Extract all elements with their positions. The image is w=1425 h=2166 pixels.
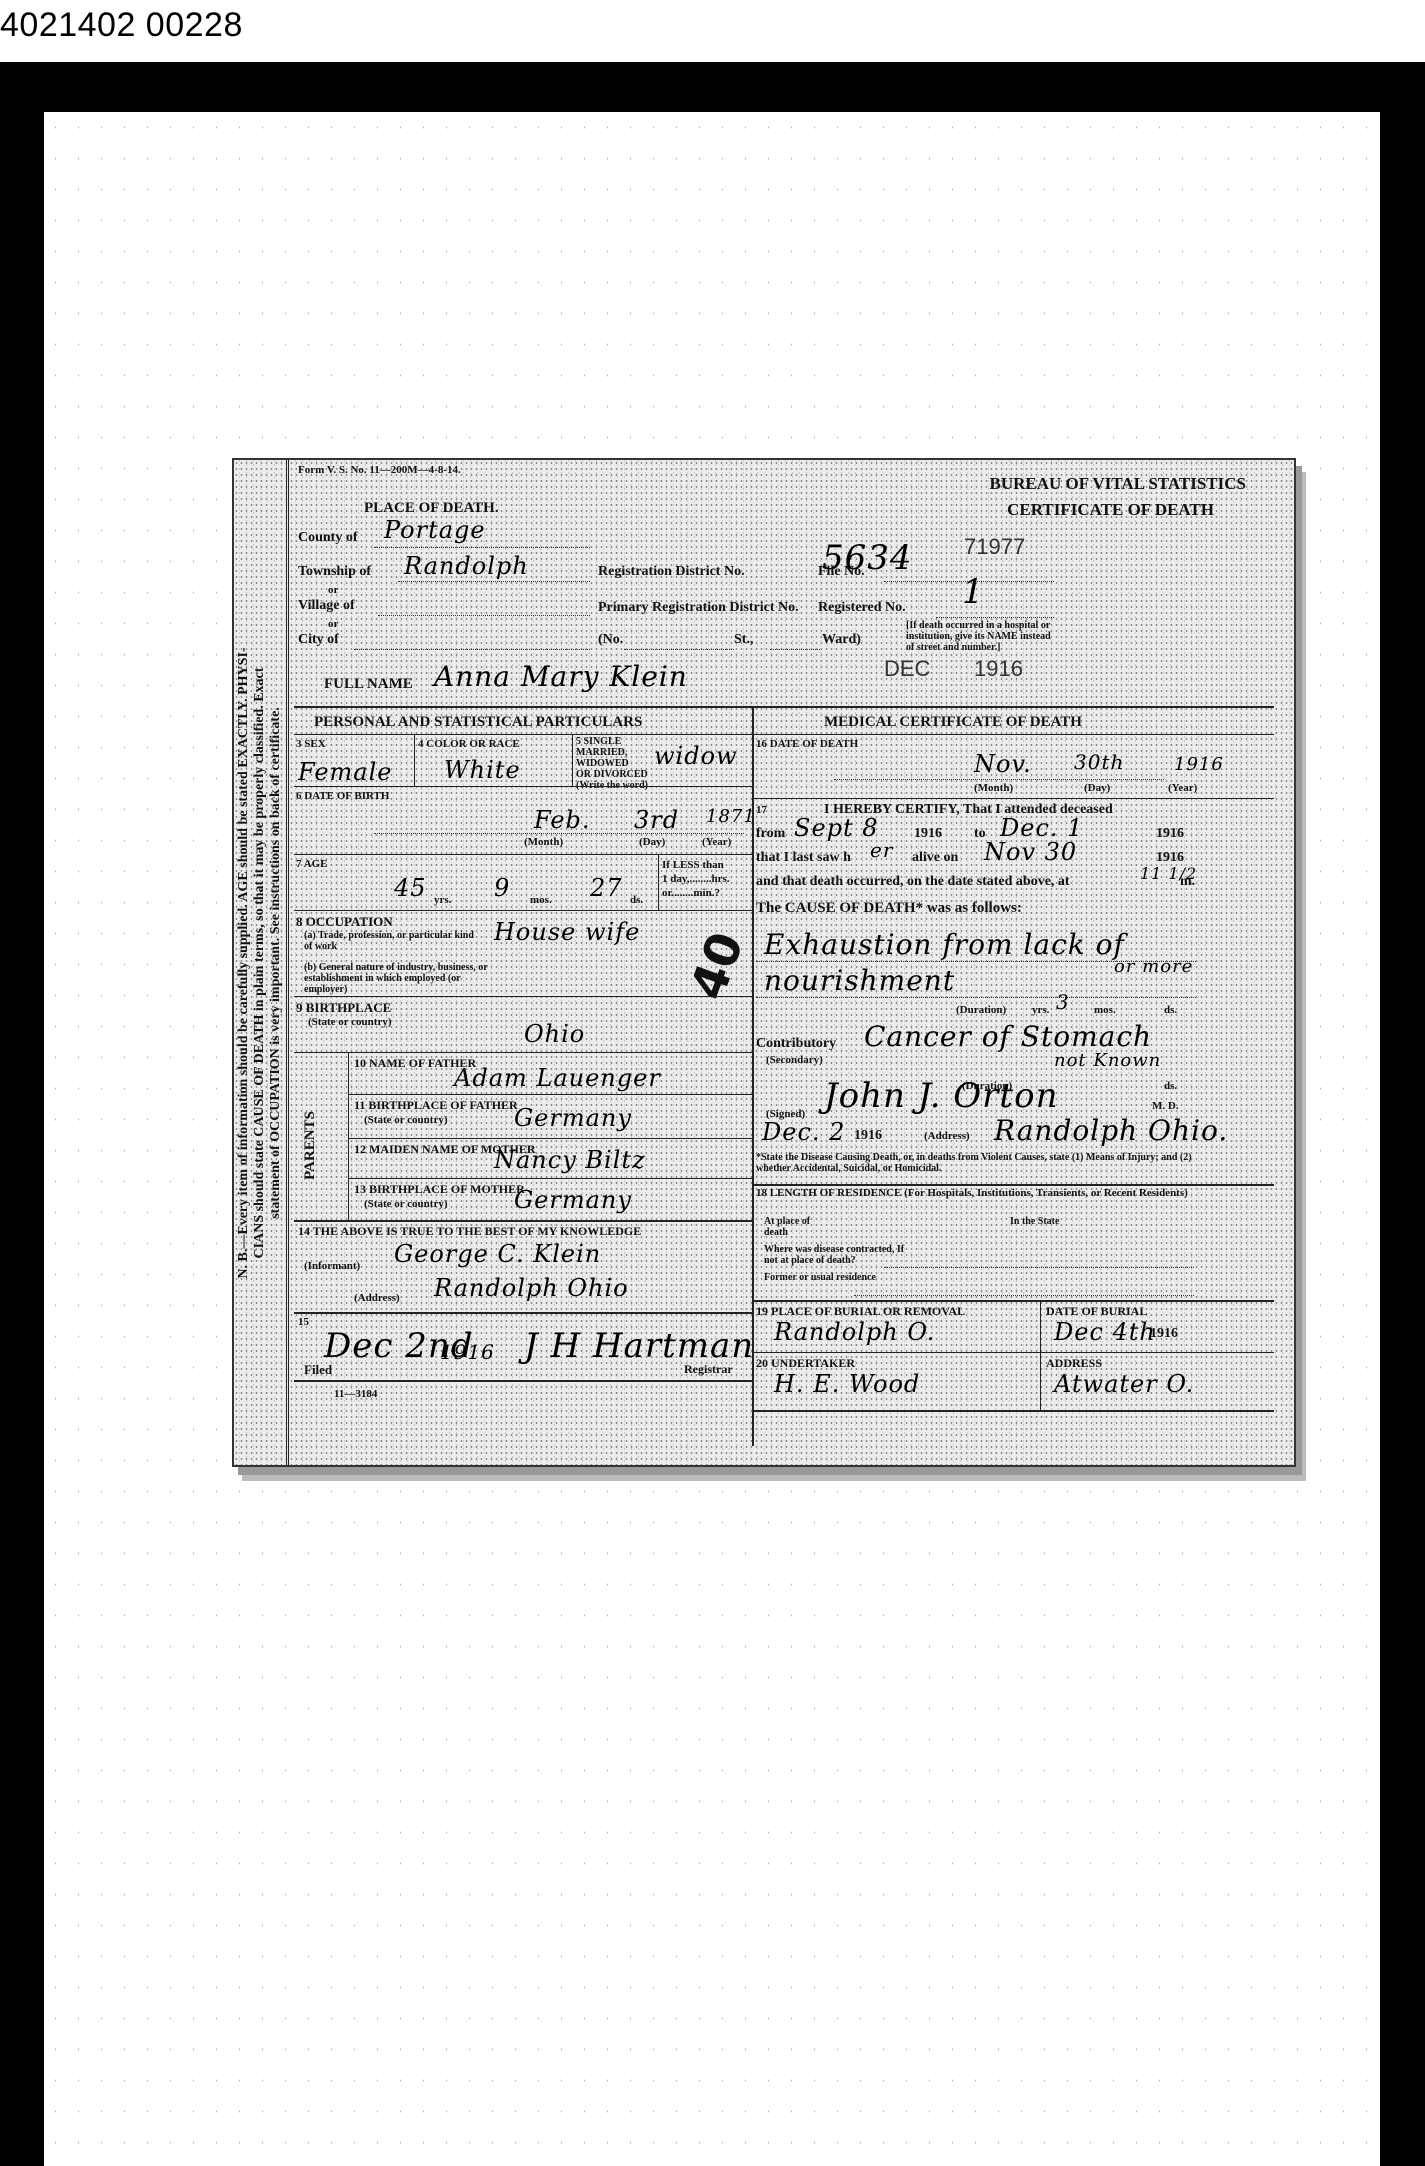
- where-contracted-label: Where was disease contracted, If not at …: [764, 1244, 914, 1266]
- registered-no-value: 1: [962, 572, 985, 612]
- race-value: White: [444, 756, 521, 784]
- ward-label: Ward): [822, 632, 861, 648]
- city-label: City of: [298, 632, 339, 648]
- side-note-line: N. B.—Every item of information should b…: [236, 493, 252, 1433]
- undertaker-label: 20 UNDERTAKER: [756, 1356, 855, 1371]
- mother-birthplace-value: Germany: [514, 1186, 632, 1214]
- parents-label: PARENTS: [302, 1111, 319, 1180]
- certify-number: 17: [756, 804, 767, 816]
- md-label: M. D.: [1152, 1100, 1179, 1112]
- form-number: Form V. S. No. 11—200M—4-8-14.: [298, 464, 461, 476]
- dod-month-caption: (Month): [974, 782, 1013, 794]
- dob-year: 1871: [706, 806, 756, 827]
- county-label: County of: [298, 530, 358, 546]
- marital-value: widow: [654, 742, 738, 770]
- sex-value: Female: [298, 758, 393, 786]
- township-value: Randolph: [404, 552, 529, 580]
- year-caption: (Year): [702, 836, 731, 848]
- less-than-day-note: If LESS than1 day,........hrs.or........…: [662, 858, 730, 900]
- father-birthplace-value: Germany: [514, 1104, 632, 1132]
- stamp-month: DEC: [884, 656, 930, 682]
- death-occurred-text: and that death occurred, on the date sta…: [756, 874, 1070, 890]
- or-label: or: [328, 618, 338, 630]
- residence-label: 18 LENGTH OF RESIDENCE (For Hospitals, I…: [756, 1188, 1196, 1199]
- date-of-death-day: 30th: [1074, 750, 1124, 774]
- duration-note: or more: [1114, 956, 1193, 977]
- marital-label: 5 SINGLEMARRIED,WIDOWEDOR DIVORCED(Write…: [576, 736, 648, 791]
- duration-value: 3: [1056, 990, 1070, 1014]
- physician-signature: John J. Orton: [824, 1076, 1058, 1116]
- ds-label: ds.: [630, 894, 643, 906]
- death-certificate: N. B.—Every item of information should b…: [232, 458, 1296, 1467]
- race-label: 4 COLOR OR RACE: [418, 738, 520, 750]
- informant-address-value: Randolph Ohio: [434, 1274, 629, 1302]
- personal-section-title: PERSONAL AND STATISTICAL PARTICULARS: [314, 714, 642, 731]
- dob-month: Feb.: [534, 806, 591, 834]
- hospital-note: [If death occurred in a hospital or inst…: [906, 620, 1056, 653]
- file-no-value: 71977: [964, 534, 1025, 560]
- sex-label: 3 SEX: [296, 738, 326, 750]
- medical-section-title: MEDICAL CERTIFICATE OF DEATH: [824, 714, 1082, 731]
- father-birthplace-sub: (State or country): [364, 1114, 448, 1126]
- contributory-ds: ds.: [1164, 1080, 1177, 1092]
- place-of-death-title: PLACE OF DEATH.: [364, 500, 499, 517]
- or-label: or: [328, 584, 338, 596]
- informant-label: (Informant): [304, 1260, 360, 1272]
- street-label: (No.: [598, 632, 623, 648]
- birthplace-value: Ohio: [524, 1020, 585, 1048]
- yrs-label: yrs.: [434, 894, 451, 906]
- occupation-b-label: (b) General nature of industry, business…: [304, 962, 504, 995]
- age-months: 9: [494, 874, 510, 902]
- stamp-year: 1916: [974, 656, 1023, 682]
- bureau-title: BUREAU OF VITAL STATISTICS: [990, 474, 1247, 494]
- birthplace-sub-label: (State or country): [308, 1016, 392, 1028]
- occupation-label: 8 OCCUPATION: [296, 914, 393, 930]
- age-years: 45: [394, 874, 427, 902]
- father-value: Adam Lauenger: [454, 1064, 661, 1092]
- filed-year: 1916: [440, 1340, 495, 1364]
- registrar-signature: J H Hartman: [524, 1326, 754, 1366]
- attended-from-year: 1916: [914, 826, 942, 842]
- duration-yrs: yrs.: [1032, 1004, 1049, 1016]
- registration-district-label: Registration District No.: [598, 564, 745, 580]
- dob-day: 3rd: [634, 806, 679, 834]
- registrar-label: Registrar: [684, 1362, 733, 1377]
- birthplace-label: 9 BIRTHPLACE: [296, 1000, 391, 1016]
- burial-date-label: DATE OF BURIAL: [1046, 1304, 1147, 1319]
- street-suffix-label: St.,: [734, 632, 753, 648]
- at-place-label: At place of death: [764, 1216, 834, 1238]
- in-state-label: In the State: [1010, 1216, 1070, 1227]
- side-instructions: N. B.—Every item of information should b…: [234, 460, 289, 1465]
- burial-date-value: Dec 4th: [1054, 1318, 1156, 1346]
- duration-mos: mos.: [1094, 1004, 1116, 1016]
- month-caption: (Month): [524, 836, 563, 848]
- secondary-label: (Secondary): [766, 1054, 823, 1066]
- filed-number: 15: [298, 1316, 309, 1328]
- mother-value: Nancy Biltz: [494, 1146, 646, 1174]
- date-of-death-label: 16 DATE OF DEATH: [756, 738, 858, 750]
- signed-year: 1916: [854, 1128, 882, 1144]
- form-body: Form V. S. No. 11—200M—4-8-14. BUREAU OF…: [294, 460, 1294, 1465]
- cause-of-death-line1: Exhaustion from lack of: [764, 928, 1125, 961]
- burial-place-label: 19 PLACE OF BURIAL OR REMOVAL: [756, 1304, 965, 1319]
- day-caption: (Day): [639, 836, 665, 848]
- alive-on-label: alive on: [912, 850, 958, 866]
- informant-value: George C. Klein: [394, 1240, 601, 1268]
- alive-on-date: Nov 30: [984, 838, 1077, 866]
- burial-year: 1916: [1150, 1326, 1178, 1342]
- knowledge-statement: 14 THE ABOVE IS TRUE TO THE BEST OF MY K…: [298, 1224, 641, 1239]
- dod-year-caption: (Year): [1168, 782, 1197, 794]
- date-of-death-month: Nov.: [974, 750, 1032, 778]
- mother-birthplace-sub: (State or country): [364, 1198, 448, 1210]
- undertaker-address-value: Atwater O.: [1054, 1370, 1194, 1398]
- contributory-value: Cancer of Stomach: [864, 1020, 1152, 1053]
- cause-of-death-label: The CAUSE OF DEATH* was as follows:: [756, 900, 1022, 917]
- contributory-label: Contributory: [756, 1036, 836, 1052]
- mother-birthplace-label: 13 BIRTHPLACE OF MOTHER: [354, 1182, 525, 1197]
- death-time-suffix: m.: [1180, 874, 1195, 890]
- from-label: from: [756, 826, 785, 842]
- primary-registration-label: Primary Registration District No.: [598, 600, 799, 616]
- side-note-line: statement of OCCUPATION is very importan…: [268, 493, 284, 1433]
- file-no-label: File No.: [818, 564, 865, 580]
- attended-from: Sept 8: [794, 814, 879, 842]
- mos-label: mos.: [530, 894, 552, 906]
- last-saw-pronoun: er: [870, 838, 893, 862]
- physician-address-value: Randolph Ohio.: [994, 1114, 1228, 1147]
- last-saw-label: that I last saw h: [756, 850, 851, 866]
- dod-day-caption: (Day): [1084, 782, 1110, 794]
- former-residence-label: Former or usual residence: [764, 1272, 884, 1283]
- signed-date: Dec. 2: [762, 1118, 845, 1146]
- occupation-a-label: (a) Trade, profession, or particular kin…: [304, 930, 474, 952]
- burial-place-value: Randolph O.: [774, 1318, 935, 1346]
- occupation-value: House wife: [494, 918, 640, 946]
- date-of-death-year: 1916: [1174, 754, 1224, 775]
- side-note-line: CIANS should state CAUSE OF DEATH in pla…: [252, 493, 268, 1433]
- physician-address-label: (Address): [924, 1130, 970, 1142]
- form-footer-code: 11—3184: [334, 1388, 377, 1400]
- county-value: Portage: [384, 516, 486, 544]
- certificate-title: CERTIFICATE OF DEATH: [1007, 500, 1214, 520]
- undertaker-value: H. E. Wood: [774, 1370, 920, 1398]
- cause-of-death-line2: nourishment: [764, 964, 955, 997]
- full-name-label: FULL NAME: [324, 676, 413, 693]
- informant-address-label: (Address): [354, 1292, 400, 1304]
- age-label: 7 AGE: [296, 858, 327, 870]
- occupation-code-mark: 40: [680, 925, 755, 1007]
- township-label: Township of: [298, 564, 371, 580]
- full-name-value: Anna Mary Klein: [434, 660, 688, 693]
- dob-label: 6 DATE OF BIRTH: [296, 790, 389, 802]
- contributory-duration: not Known: [1054, 1050, 1161, 1071]
- village-label: Village of: [298, 598, 355, 614]
- undertaker-address-label: ADDRESS: [1046, 1356, 1102, 1371]
- attended-to-year: 1916: [1156, 826, 1184, 842]
- duration-label: (Duration): [956, 1004, 1006, 1016]
- father-birthplace-label: 11 BIRTHPLACE OF FATHER: [354, 1098, 518, 1113]
- registered-no-label: Registered No.: [818, 600, 906, 616]
- page-id: 4021402 00228: [0, 6, 243, 45]
- cause-instructions: *State the Disease Causing Death, or, in…: [756, 1152, 1196, 1174]
- age-days: 27: [590, 874, 623, 902]
- duration-ds: ds.: [1164, 1004, 1177, 1016]
